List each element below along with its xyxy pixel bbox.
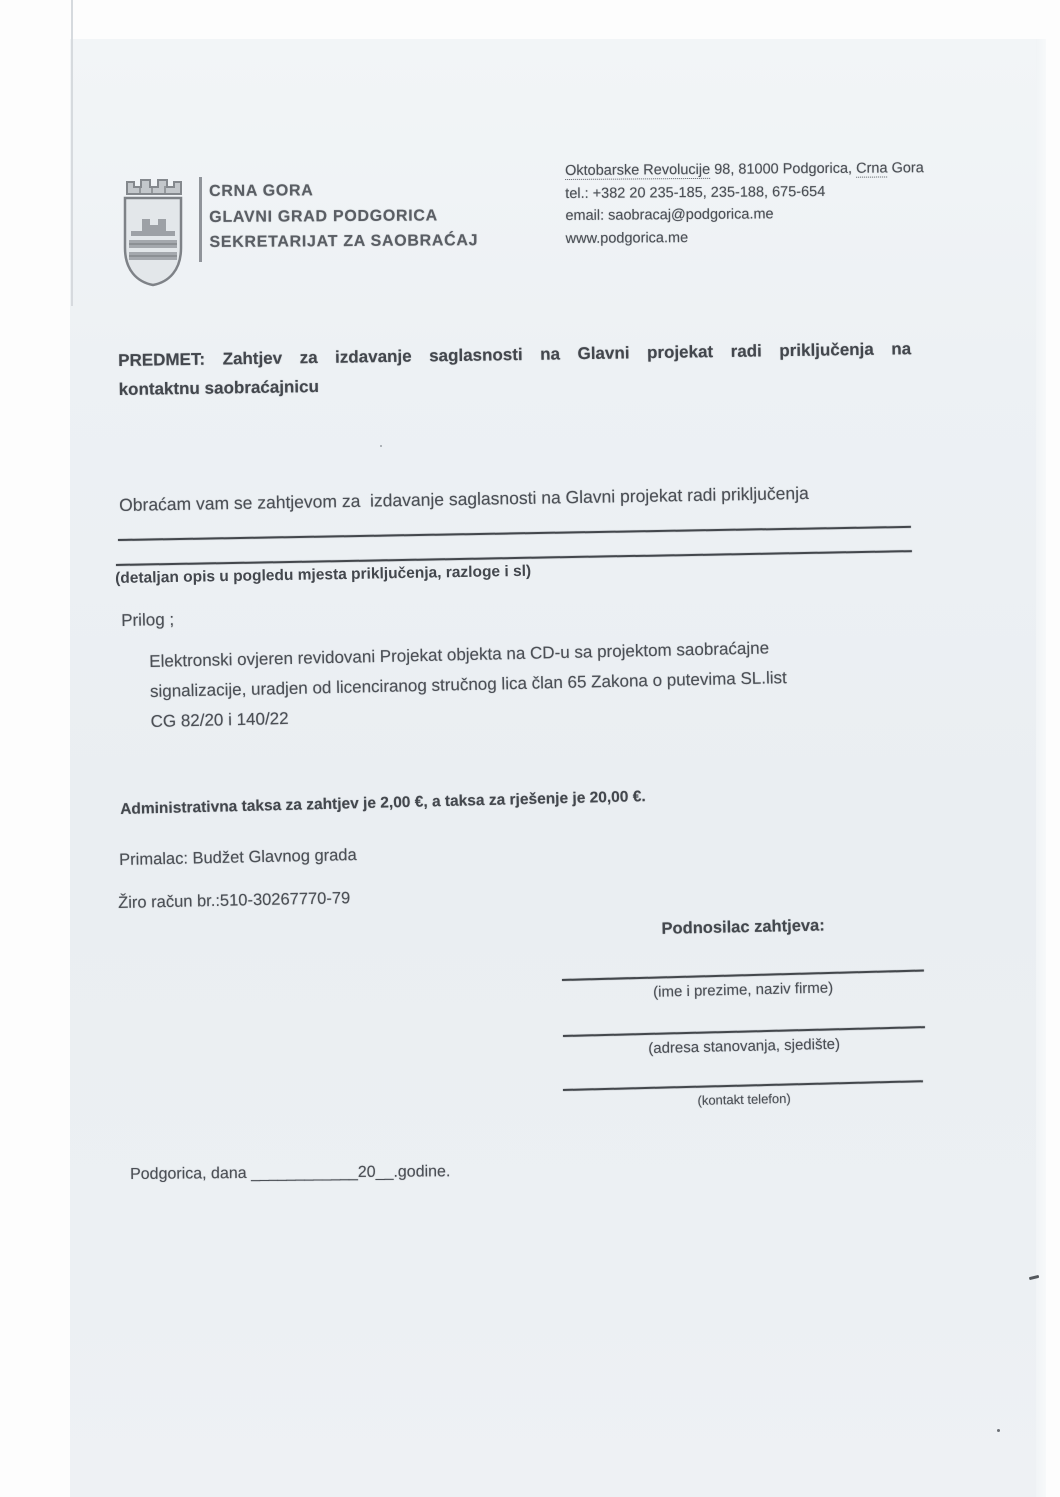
- place-date-line: Podgorica, dana ____________20__.godine.: [130, 1163, 450, 1184]
- scanned-document-page: CRNA GORA GLAVNI GRAD PODGORICA SEKRETAR…: [0, 0, 1060, 1497]
- date-year-prefix: 20: [358, 1164, 376, 1181]
- contact-address: Oktobarske Revolucije 98, 81000 Podgoric…: [565, 157, 924, 182]
- place-date-suffix: .godine.: [393, 1163, 450, 1180]
- subject-block: PREDMET: Zahtjev za izdavanje saglasnost…: [118, 334, 912, 404]
- contact-tel: tel.: +382 20 235-185, 235-188, 675-654: [565, 180, 924, 205]
- letterhead-divider: [199, 177, 202, 262]
- org-country: CRNA GORA: [209, 177, 478, 204]
- scan-noise-dot: [997, 1429, 1000, 1432]
- date-year-blank: __: [376, 1164, 394, 1181]
- letterhead-contact-block: Oktobarske Revolucije 98, 81000 Podgoric…: [565, 157, 924, 250]
- org-city: GLAVNI GRAD PODGORICA: [209, 203, 478, 230]
- attachment-label: Prilog ;: [121, 610, 174, 631]
- paper-right-edge: [1036, 39, 1046, 1497]
- address-country-1: Crna: [856, 160, 888, 177]
- podgorica-coat-of-arms-icon: [118, 170, 188, 288]
- fee-amount-request: 2,00 €: [380, 794, 424, 812]
- scan-noise-speck: [380, 445, 382, 447]
- letterhead-org-block: CRNA GORA GLAVNI GRAD PODGORICA SEKRETAR…: [209, 177, 478, 255]
- scan-edge-line: [71, 0, 73, 306]
- contact-web: www.podgorica.me: [566, 225, 925, 250]
- place-date-prefix: Podgorica, dana: [130, 1165, 251, 1183]
- address-country-2: Gora: [887, 160, 923, 176]
- fee-amount-decision: 20,00 €.: [589, 788, 645, 806]
- fee-text-2: , a taksa za rješenje je: [423, 790, 590, 811]
- date-blank: ____________: [251, 1164, 358, 1182]
- address-street: Oktobarske Revolucije: [565, 162, 710, 180]
- contact-email: email: saobracaj@podgorica.me: [565, 202, 924, 227]
- address-city: 98, 81000 Podgorica,: [710, 161, 856, 178]
- org-secretariat: SEKRETARIJAT ZA SAOBRAĆAJ: [209, 228, 478, 255]
- attachment-paragraph: Elektronski ovjeren revidovani Projekat …: [149, 629, 956, 737]
- paper-sheet: [70, 39, 1036, 1497]
